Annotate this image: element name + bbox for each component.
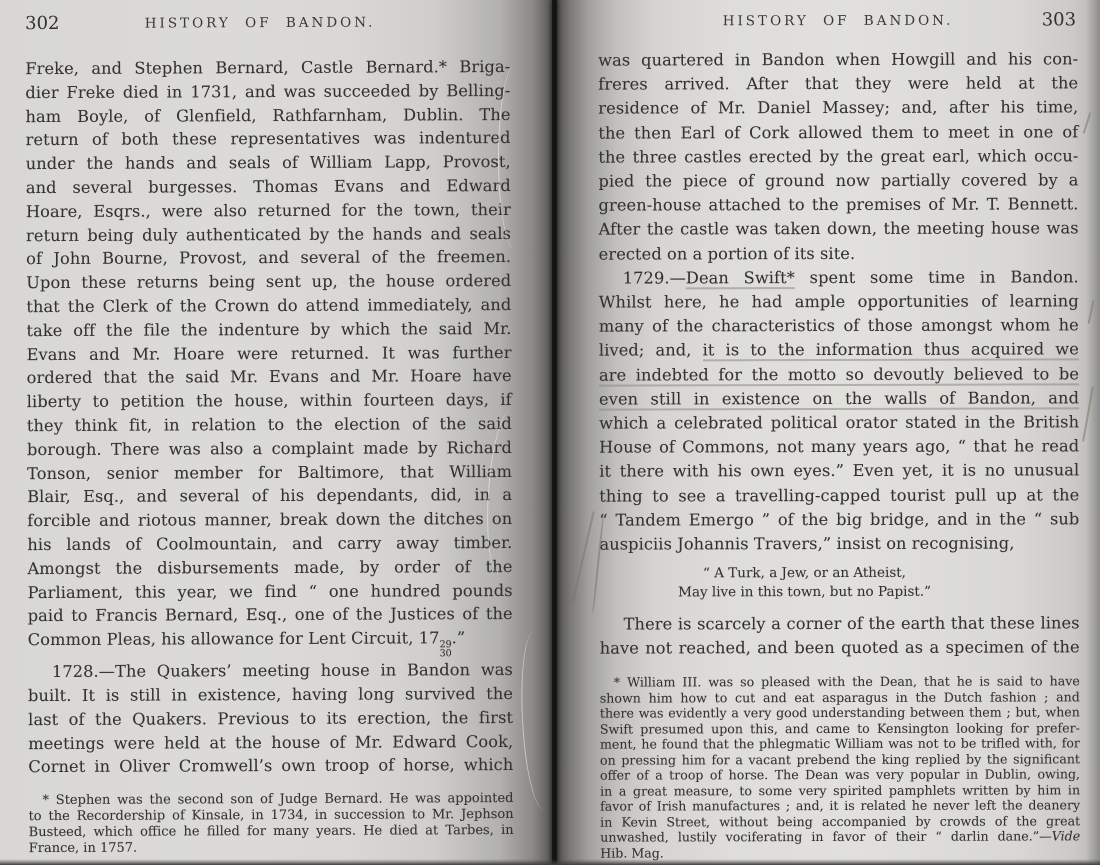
right-body-text-continued: There is scarcely a corner of the earth … — [600, 611, 1080, 661]
text-line: paid to Francis Bernard, Esq., one of th… — [28, 602, 513, 628]
text-line: Amongst the disbursements made, by order… — [27, 555, 512, 581]
text-line: in Kevin Street, without being accompani… — [600, 813, 1080, 830]
page-number-right: 303 — [1042, 9, 1076, 30]
text-line: * William III. was so pleased with the D… — [600, 673, 1080, 690]
text-line: Parliament, this year, we find “ one hun… — [28, 579, 513, 605]
text-line: After the castle was taken down, the mee… — [599, 217, 1079, 242]
text-line: lived; and, it is to the information thu… — [599, 338, 1079, 363]
text-line: that the Clerk of the Crown do attend im… — [26, 293, 511, 319]
verse-quote: “ A Turk, a Jew, or an Atheist,May live … — [599, 564, 1009, 603]
text-line: May live in this town, but no Papist.” — [600, 583, 1010, 603]
text-line: they think fit, in relation to the elect… — [27, 412, 512, 438]
text-line: auspiciis Johannis Travers,” insist on r… — [599, 531, 1079, 556]
left-footnote: * Stephen was the second son of Judge Be… — [28, 791, 513, 857]
right-page: HISTORY OF BANDON. 303 was quartered in … — [557, 0, 1100, 865]
text-line: there was evidently a very good understa… — [600, 704, 1080, 721]
text-line: have not reached, and been quoted as a s… — [600, 636, 1080, 661]
text-line: borough. There was also a complaint made… — [27, 436, 512, 462]
text-line: Busteed, which office he filled for many… — [29, 823, 514, 841]
text-line: Blair, Esq., and several of his dependan… — [27, 483, 512, 509]
right-body-text: was quartered in Bandon when Howgill and… — [598, 47, 1079, 557]
text-line: “ Tandem Emergo ” of the big bridge, and… — [599, 507, 1079, 532]
text-line: even still in existence on the walls of … — [599, 386, 1079, 411]
text-line: Tonson, senior member for Baltimore, tha… — [27, 460, 512, 486]
stacked-fraction: 2930 — [440, 641, 452, 658]
text-line: of John Bourne, Provost, and several of … — [26, 245, 511, 271]
running-header-left: HISTORY OF BANDON. — [25, 14, 495, 32]
book-scan: 302 HISTORY OF BANDON. Freke, and Stephe… — [0, 0, 1100, 865]
text-line: 1728.—The Quakers’ meeting house in Band… — [28, 658, 513, 684]
text-line: erected on a portion of its site. — [599, 241, 1079, 266]
text-line: offer of a troop of horse. The Dean was … — [600, 766, 1080, 783]
text-line: are indebted for the motto so devoutly b… — [599, 362, 1079, 387]
left-body-text: Freke, and Stephen Bernard, Castle Berna… — [25, 55, 513, 779]
text-line: Whilst here, he had ample opportunities … — [599, 289, 1079, 314]
text-line: Freke, and Stephen Bernard, Castle Berna… — [25, 55, 510, 81]
text-line: Swift presumed upon this, and came to Ke… — [600, 720, 1080, 737]
text-line: 1729.—Dean Swift* spent some time in Ban… — [599, 265, 1079, 290]
left-page-content: 302 HISTORY OF BANDON. Freke, and Stephe… — [0, 0, 559, 865]
text-line: pied the piece of ground now partially c… — [598, 168, 1078, 193]
text-line: take off the file the indenture by which… — [26, 317, 511, 343]
page-right-edge-shadow — [1086, 0, 1100, 865]
text-line: the three castles erected by the great e… — [598, 144, 1078, 169]
running-header-right: HISTORY OF BANDON. — [598, 12, 1078, 29]
text-line: ham Boyle, of Glenfield, Rathfarnham, Du… — [25, 103, 510, 129]
text-line: There is scarcely a corner of the earth … — [600, 611, 1080, 636]
text-line: in a great measure, to some very spirite… — [600, 782, 1080, 799]
text-line: “ A Turk, a Jew, or an Atheist, — [599, 564, 1009, 584]
text-line: Upon these returns being sent up, the ho… — [26, 269, 511, 295]
text-line: Common Pleas, his allowance for Lent Cir… — [28, 626, 513, 660]
text-line: on pressing him for a vacant prebend the… — [600, 751, 1080, 768]
text-line: green-house attached to the premises of … — [599, 193, 1079, 218]
scan-bottom-edge — [0, 859, 1100, 865]
text-line: residence of Mr. Daniel Massey; and, aft… — [598, 96, 1078, 121]
text-line: return being duly authenticated by the h… — [26, 222, 511, 248]
text-line: the then Earl of Cork allowed them to me… — [598, 120, 1078, 145]
text-line: unwashed, lustily vociferating in favor … — [600, 828, 1080, 845]
text-line: freres arrived. After that they were hel… — [598, 72, 1078, 97]
text-line: Cornet in Oliver Cromwell’s own troop of… — [28, 753, 513, 779]
text-line: his lands of Coolmountain, and carry awa… — [27, 531, 512, 557]
text-line: meetings were held at the house of Mr. E… — [28, 729, 513, 755]
right-footnote: * William III. was so pleased with the D… — [600, 673, 1080, 860]
text-line: thing to see a travelling-capped tourist… — [599, 483, 1079, 508]
text-line: return of both these representatives was… — [26, 126, 511, 152]
text-line: was quartered in Bandon when Howgill and… — [598, 47, 1078, 72]
text-line: last of the Quakers. Previous to its ere… — [28, 706, 513, 732]
text-line: forcible and riotous manner, break down … — [27, 507, 512, 533]
text-line: favor of Irish manufactures ; and, it is… — [600, 797, 1080, 814]
text-line: shown him how to cut and eat asparagus i… — [600, 689, 1080, 706]
text-line: built. It is still in existence, having … — [28, 682, 513, 708]
text-line: many of the characteristics of those amo… — [599, 314, 1079, 339]
text-line: which a celebrated political orator stat… — [599, 410, 1079, 435]
left-page: 302 HISTORY OF BANDON. Freke, and Stephe… — [0, 0, 555, 865]
text-line: it there with his own eyes.” Even yet, i… — [599, 459, 1079, 484]
text-line: ment, he found that the phlegmatic Willi… — [600, 735, 1080, 752]
text-line: under the hands and seals of William Lap… — [26, 150, 511, 176]
text-line: liberty to petition the house, within fo… — [27, 388, 512, 414]
scratch-mark — [498, 65, 533, 250]
text-line: ordered that the said Mr. Evans and Mr. … — [27, 364, 512, 390]
text-line: Evans and Mr. Hoare were returned. It wa… — [26, 341, 511, 367]
text-line: Hoare, Esqrs., were also returned for th… — [26, 198, 511, 224]
text-line: House of Commons, not many years ago, “ … — [599, 435, 1079, 460]
text-line: France, in 1757. — [29, 839, 514, 857]
text-line: and several burgesses. Thomas Evans and … — [26, 174, 511, 200]
right-page-content: HISTORY OF BANDON. 303 was quartered in … — [557, 0, 1100, 865]
text-line: dier Freke died in 1731, and was succeed… — [25, 79, 510, 105]
